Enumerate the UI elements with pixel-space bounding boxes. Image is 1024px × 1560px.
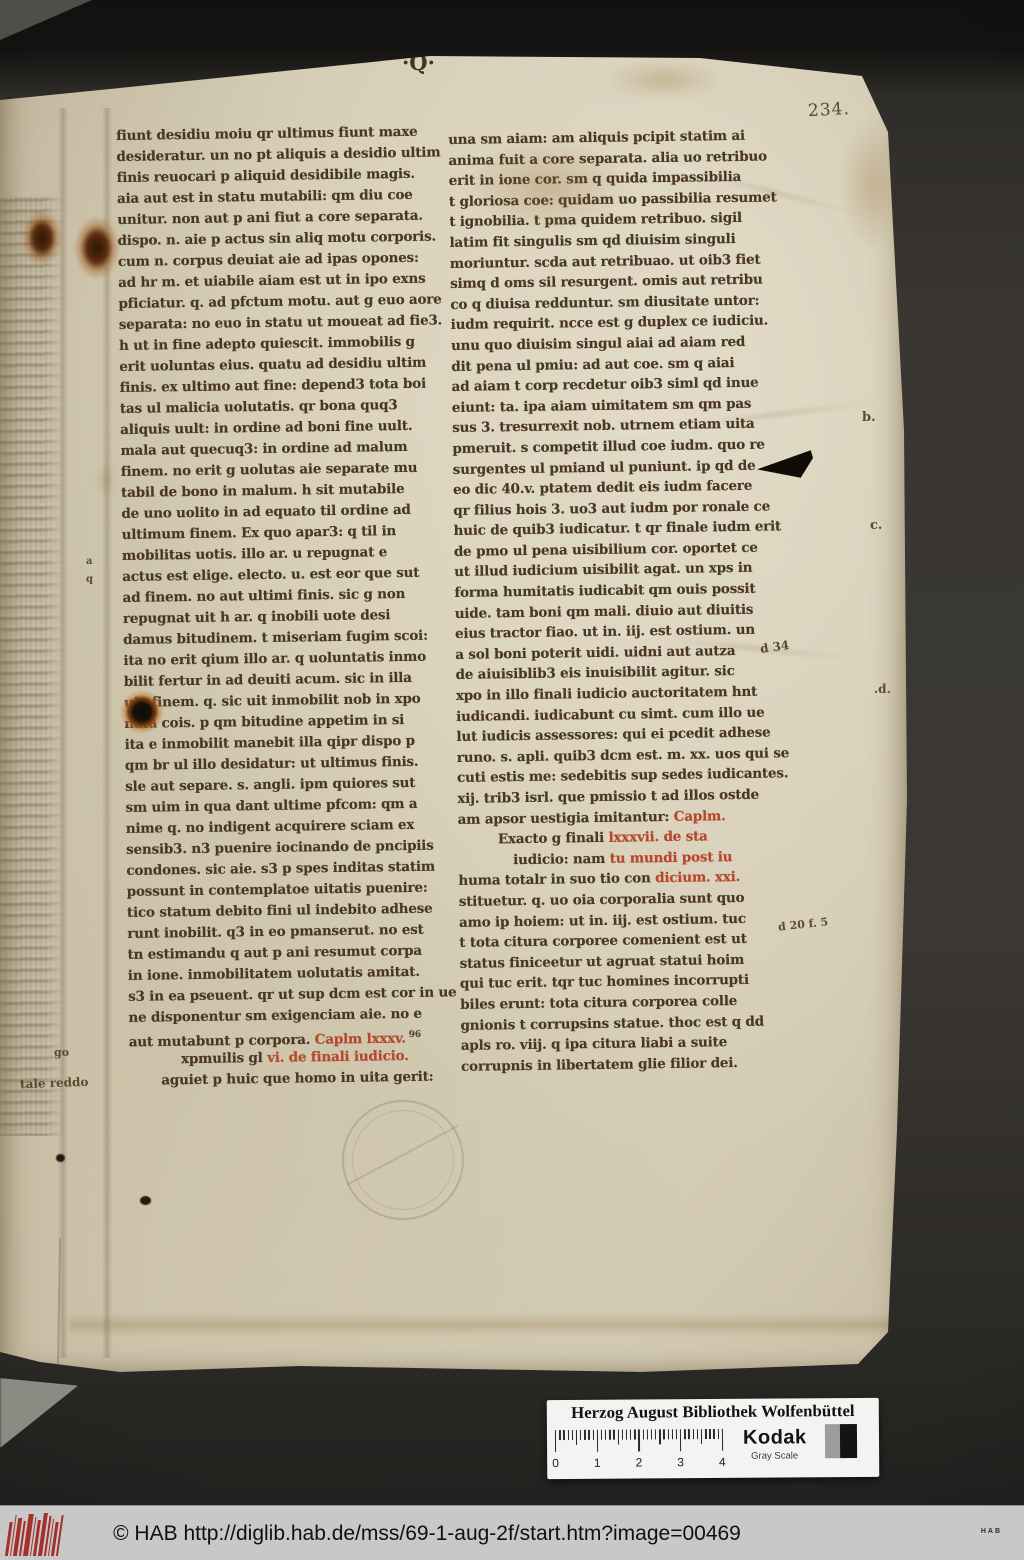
text-segment: bilit fertur in ad deuiti acum. sic in i…	[124, 670, 412, 690]
text-segment: t tota citura corporee comenient est ut	[459, 931, 747, 951]
text-segment: latim fit singulis sm qd diuisim singuli	[449, 231, 735, 251]
text-segment: repugnat uit h ar. q inobili uote desi	[123, 607, 391, 627]
ruler-tick	[701, 1429, 702, 1444]
ruler-tick	[613, 1430, 614, 1440]
text-segment: de aiuisiblib3 eis inuisibilit agitur. s…	[456, 663, 735, 683]
text-segment: anima fuit a core separata. alia uo retr…	[448, 148, 767, 168]
text-segment: dicium. xxi.	[655, 869, 740, 886]
text-segment: lut iudicis assessores: qui ei pcedit ad…	[456, 725, 770, 745]
ruler-tick	[668, 1429, 669, 1439]
ruler-tick	[647, 1429, 648, 1439]
ruler-tick	[609, 1430, 610, 1440]
ruler-number: 3	[677, 1455, 684, 1469]
text-segment: simq d oms sil resurgent. omis aut retri…	[450, 272, 763, 292]
text-segment: eo dic 40.v. ptatem dedit eis iudm facer…	[453, 478, 752, 498]
text-segment: finem. no erit g uolutas aie separate mu	[121, 460, 418, 480]
text-segment: xij. trib3 isrl. que pmissio t ad illos …	[457, 787, 759, 807]
text-segment: fiunt desidiu moiu qr ultimus fiunt maxe	[116, 124, 418, 144]
text-segment: iudm requirit. ncce est g duplex ce iudi…	[451, 313, 769, 333]
text-segment: de pmo ul pena uisibilium cor. oportet c…	[454, 540, 758, 560]
text-segment: status finiceetur ut agruat statui hoim	[460, 952, 745, 972]
text-segment: mala aut quecuq3: in ordine ad malum	[120, 439, 407, 459]
text-segment: ad aiam t corp recdetur oib3 siml qd inu…	[451, 375, 758, 395]
ruler-tick	[597, 1430, 599, 1452]
text-column-right: una sm aiam: am aliquis pcipit statim ai…	[448, 125, 795, 1077]
text-segment: pficiatur. q. ad pfctum motu. aut g euo …	[118, 291, 441, 312]
ruler-number: 1	[594, 1456, 601, 1470]
text-segment: surgentes ul pmiand ul puniunt. ip qd de	[453, 457, 756, 477]
ruler-tick	[697, 1429, 698, 1439]
ruler-tick	[555, 1430, 557, 1452]
black-patch	[840, 1424, 857, 1458]
text-segment: runt inobilit. q3 in eo pmanserut. no es…	[127, 922, 424, 942]
photo-corner-wedge	[0, 0, 92, 40]
text-segment: cum n. corpus deuiat aie ad ipas opones:	[118, 250, 419, 270]
text-segment: damus bitudinem. t miseriam fugim scoi:	[123, 628, 428, 648]
text-segment: s3 in ea pseuent. qr ut sup dcm est cor …	[128, 984, 456, 1005]
margin-note: tale reddo	[20, 1075, 89, 1091]
text-segment: co q diuisa redduntur. sm diusitate unto…	[450, 292, 759, 312]
text-segment: tas ul malicia uolutatis. qr bona quq3	[120, 397, 398, 417]
stain	[604, 60, 724, 100]
text-segment: amo ip hoiem: ut in. iij. est ostium. tu…	[459, 910, 746, 930]
ruler-tick	[688, 1429, 689, 1439]
ruler-tick	[663, 1429, 664, 1439]
margin-note: q	[86, 574, 93, 585]
text-segment: ad hr m. et uiabile aiam est ut in ipo e…	[118, 271, 425, 291]
text-segment: ne disponentur sm exigenciam aie. no e	[128, 1006, 422, 1026]
ruler-tick	[634, 1430, 635, 1440]
text-segment: 96	[406, 1030, 421, 1040]
gray-patch	[825, 1424, 840, 1458]
text-segment: eius tractor fiao. ut in. iij. est ostiu…	[455, 622, 755, 642]
text-segment: apls ro. viij. q ipa citura liabi a suit…	[461, 1034, 727, 1054]
text-column-left: fiunt desidiu moiu qr ultimus fiunt maxe…	[116, 121, 463, 1092]
text-segment: Caplm.	[674, 808, 726, 825]
ruler-tick	[572, 1430, 573, 1440]
ruler-tick	[605, 1430, 606, 1440]
text-segment: a sol boni poterit uidi. uidni aut autza	[455, 643, 735, 663]
text-segment: in ione. inmobilitatem uolutatis amitat.	[128, 964, 420, 984]
text-segment: am apsor uestigia imitantur:	[458, 809, 674, 828]
ruler-tick	[713, 1429, 714, 1439]
clamp-reflection	[0, 1372, 78, 1448]
text-segment: ultimum finem. Ex quo apar3: q til in	[122, 523, 397, 543]
ruler-tick	[676, 1429, 677, 1439]
text-segment: huma totalr in suo tio con	[458, 871, 655, 890]
ruler-tick	[684, 1429, 685, 1439]
ruler-tick	[642, 1429, 643, 1439]
stain	[140, 1196, 151, 1205]
text-segment: xpo in illo finali iudicio auctoritatem …	[456, 684, 757, 704]
text-segment: vi. de finali iudicio.	[267, 1048, 409, 1066]
ruler-tick	[651, 1429, 652, 1439]
text-segment: tico statum debito fini ul indebito adhe…	[127, 901, 433, 921]
ruler-tick	[567, 1430, 568, 1440]
ruler-tick	[626, 1430, 627, 1440]
ruler-number: 4	[719, 1455, 726, 1469]
text-segment: nime q. no indigent acquirere sciam ex	[126, 817, 415, 837]
ruler-tick	[638, 1430, 640, 1452]
text-segment: iudicio: nam	[513, 851, 610, 868]
gutter-showthrough-text	[0, 196, 64, 1136]
text-segment: eiunt: ta. ipa aiam uimitatem sm qm pas	[452, 396, 752, 416]
text-segment: t gloriosa coe: quidam uo passibilia res…	[449, 189, 777, 210]
text-segment: ita e inmobilit manebit illa qipr dispo …	[125, 733, 415, 753]
margin-note: .d.	[874, 682, 891, 696]
color-scale-card: Herzog August Bibliothek Wolfenbüttel 01…	[547, 1398, 880, 1479]
stain	[74, 216, 120, 280]
ruler-tick	[592, 1430, 593, 1440]
gray-scale-label: Gray Scale	[751, 1450, 798, 1461]
text-segment: aia aut est in statu mutabili: qm diu co…	[117, 187, 413, 207]
text-segment: erit in ione cor. sm q quida impassibili…	[449, 169, 742, 189]
ruler-tick	[659, 1429, 660, 1444]
text-segment: pmeruit. s competit illud coe iudm. quo …	[452, 437, 765, 457]
text-segment: ad finem. no aut ultimi finis. sic g non	[122, 586, 405, 606]
text-segment: Exacto g finali	[498, 830, 609, 848]
text-segment: gnionis t corrupsins statue. thoc est q …	[460, 1013, 764, 1033]
ruler-tick	[693, 1429, 694, 1439]
text-segment: de uno uolito in ad equato til ordine ad	[121, 502, 411, 522]
hab-micro-mark: HAB	[981, 1528, 1002, 1535]
text-segment: desideratur. un no pt aliquis a desidio …	[116, 144, 440, 165]
text-segment: huic de quib3 iudicatur. t qr finale iud…	[453, 519, 781, 540]
text-segment: sle aut separe. s. angli. ipm quiores su…	[125, 775, 415, 795]
text-segment: cuti estis me: sedebitis sup sedes iudic…	[457, 766, 788, 787]
text-segment: aguiet p huic que homo in uita gerit:	[161, 1069, 433, 1089]
text-segment: ut illud iudicium uisibilit agat. un xps…	[454, 560, 752, 580]
text-segment: runo. s. apli. quib3 dcm est. m. xx. uos…	[457, 745, 790, 766]
stain	[840, 120, 904, 250]
text-segment: unu quo diuisim singul aiai ad aiam red	[451, 334, 745, 354]
quire-signature-mark: ·Q·	[402, 50, 435, 75]
ruler-tick	[709, 1429, 710, 1439]
manuscript-line: aguiet p huic que homo in uita gerit:	[129, 1066, 463, 1092]
ruler-tick	[718, 1429, 719, 1439]
ruler-tick	[580, 1430, 581, 1440]
text-segment: condones. sic aie. s3 p spes inditas sta…	[126, 859, 435, 879]
ruler-tick	[584, 1430, 585, 1440]
text-segment: finis. ex ultimo aut fine: depend3 tota …	[120, 376, 427, 396]
text-segment: tabil de bono in malum. h sit mutabile	[121, 481, 405, 501]
text-segment: sus 3. tresurrexit nob. utrnem etiam uit…	[452, 416, 755, 436]
ruler-tick	[722, 1429, 724, 1451]
stain	[70, 1314, 910, 1336]
text-segment: mobilitas uotis. illo ar. u repugnat e	[122, 544, 387, 564]
text-segment: forma humitatis iudicabit qm ouis possit	[454, 581, 755, 601]
ruler-tick	[563, 1430, 564, 1440]
manuscript-page: ·Q· 234. fiunt desidiu moiu qr ultimus f…	[0, 0, 912, 1380]
margin-note: b.	[862, 410, 876, 425]
text-segment: una sm aiam: am aliquis pcipit statim ai	[448, 128, 745, 148]
library-stamp	[342, 1100, 464, 1220]
text-segment: uide. tam boni qm mali. diuio aut diuiti…	[455, 601, 754, 621]
text-segment: sensib3. n3 puenire iocinando de pncipii…	[126, 838, 434, 858]
text-segment: erit uoluntas eius. quatu ad desidiu ult…	[119, 355, 426, 375]
text-segment: tu mundi post iu	[610, 849, 733, 867]
text-segment: unitur. non aut p ani fiut a core separa…	[117, 208, 423, 228]
text-segment: finis reuocari p aliquid desidibile magi…	[117, 166, 415, 186]
ruler-tick	[630, 1430, 631, 1440]
ruler-tick	[559, 1430, 560, 1440]
text-segment: separata: no euo in statu ut moueat ad f…	[119, 312, 443, 333]
kodak-label: Kodak	[743, 1426, 807, 1449]
ruler-tick	[705, 1429, 706, 1439]
text-segment: corrupnis in libertatem glie filior dei.	[461, 1055, 738, 1075]
ruler-tick	[655, 1429, 656, 1439]
fold-crease	[102, 108, 112, 1358]
text-segment: ita no erit qium illo ar. q uoluntatis i…	[123, 649, 426, 669]
caption-bar: © HAB http://diglib.hab.de/mss/69-1-aug-…	[0, 1505, 1024, 1560]
text-segment: aliquis uult: in ordine ad boni fine uul…	[120, 418, 412, 438]
ruler: 01234	[555, 1429, 731, 1474]
library-name-label: Herzog August Bibliothek Wolfenbüttel	[543, 1401, 882, 1423]
ruler-tick	[601, 1430, 602, 1440]
text-segment: lxxxvii. de sta	[608, 829, 707, 846]
stain	[470, 40, 475, 45]
text-segment: uia finem. q. sic uit inmobilit nob in x…	[124, 691, 421, 711]
ruler-tick	[672, 1429, 673, 1439]
text-segment: h ut in fine adepto quiescit. immobilis …	[119, 334, 415, 354]
copyright-caption: © HAB http://diglib.hab.de/mss/69-1-aug-…	[0, 1506, 854, 1560]
text-segment: dispo. n. aie p actus sin aliq motu corp…	[117, 229, 436, 249]
manuscript-line: corrupnis in libertatem glie filior dei.	[461, 1052, 795, 1077]
text-segment: t ignobilia. t pma quidem retribuo. sigi…	[449, 210, 742, 230]
ruler-tick	[576, 1430, 577, 1445]
text-segment: qui tuc erit. tqr tuc homines incorrupti	[460, 972, 749, 992]
text-segment: dit pena ul pmiu: ad aut coe. sm q aiai	[451, 355, 734, 375]
manuscript-photo: ·Q· 234. fiunt desidiu moiu qr ultimus f…	[0, 0, 1024, 1560]
margin-note: a	[86, 556, 92, 567]
text-segment: sm uim in qua dant ultime pfcom: qm a	[125, 796, 417, 816]
text-segment: stituetur. q. uo oia corporalia sunt quo	[459, 890, 745, 910]
ruler-number: 2	[636, 1455, 643, 1469]
ruler-tick	[680, 1429, 682, 1451]
text-segment: qm br ul illo desidatur: ut ultimus fini…	[125, 754, 419, 774]
text-segment: possunt in contemplatoe uitatis puenire:	[127, 880, 428, 900]
ruler-number: 0	[552, 1456, 559, 1470]
ruler-tick	[617, 1430, 618, 1445]
fold-crease	[58, 108, 68, 1358]
text-segment: tn estimandu q aut p ani resumut corpa	[127, 943, 422, 963]
text-segment: iudicandi. iudicabunt cu simt. cum illo …	[456, 704, 764, 724]
text-segment: nata cois. p qm bitudine appetim in si	[124, 712, 404, 732]
ruler-tick	[622, 1430, 623, 1440]
text-segment: biles erunt: tota citura corporea colle	[460, 993, 737, 1013]
text-segment: moriuntur. scda aut retribuao. ut oib3 f…	[450, 251, 761, 271]
margin-note: go	[54, 1046, 69, 1059]
margin-note: c.	[870, 518, 882, 533]
folio-number: 234.	[808, 99, 851, 121]
text-segment: actus est elige. electo. u. est eor que …	[122, 565, 419, 585]
text-segment: qr filius hois 3. uo3 aut iudm por ronal…	[453, 498, 770, 518]
ruler-tick	[588, 1430, 589, 1440]
text-segment: xpmuilis gl	[181, 1050, 267, 1067]
